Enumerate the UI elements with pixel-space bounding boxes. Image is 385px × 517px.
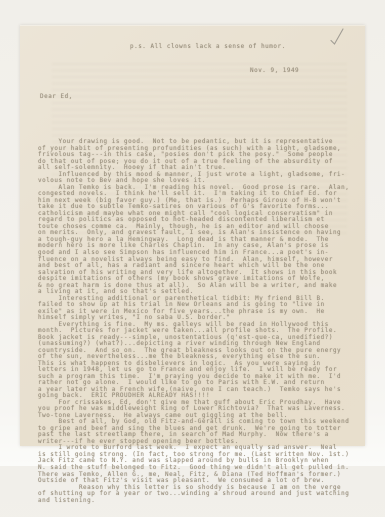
letter-page: p.s. All clowns lack a sense of humor. N… bbox=[20, 25, 365, 446]
date-line: Nov. 9, 1949 bbox=[250, 68, 359, 75]
letter-line: month. Pictures for jacket were taken...… bbox=[38, 328, 359, 335]
letter-line: take it due to subtle Temko-satires on v… bbox=[38, 204, 359, 211]
letter-line: regard to politics as opposed to hot-hea… bbox=[38, 217, 359, 224]
letter-line: (unassuming?) (what?)...depicting a rive… bbox=[38, 341, 359, 348]
letter-body: p.s. All clowns lack a sense of humor. N… bbox=[38, 31, 359, 442]
letter-line: I wrote to Burford last week. I expect a… bbox=[38, 445, 359, 452]
letter-line: despite imitations of others (my book sh… bbox=[38, 276, 359, 283]
letter-line: congested novels. I think he'll sell it.… bbox=[38, 191, 359, 198]
letter-line: Your drawing is good. Not to be pedantic… bbox=[38, 139, 359, 146]
letter-line: frivolous tag---in this case, "posies do… bbox=[38, 152, 359, 159]
letter-line: you proof he was middleweight king of Lo… bbox=[38, 406, 359, 413]
letter-line: failed to show up at his trial in New Or… bbox=[38, 302, 359, 309]
letter-paragraphs: Your drawing is good. Not to be pedantic… bbox=[38, 120, 359, 466]
letter-line: and best of all, has a radiant and since… bbox=[38, 263, 359, 270]
letter-line: letters in 1948, let us go to France and… bbox=[38, 367, 359, 374]
letter-line: past the last streetlamp there, in searc… bbox=[38, 432, 359, 439]
postscript-line: p.s. All clowns lack a sense of humor. bbox=[130, 44, 359, 51]
letter-line: Best of all, by God, old Fitz-and-Gerall… bbox=[38, 419, 359, 426]
salutation: Dear Ed, bbox=[40, 94, 359, 101]
letter-line: good and I also see Simpson has influenc… bbox=[38, 250, 359, 257]
letter-line: on merits. Only, and gravest fault, I se… bbox=[38, 230, 359, 237]
letter-line: rather not go alone. I would like to go … bbox=[38, 380, 359, 387]
letter-line: of the sun, nevertheless...me the bleakn… bbox=[38, 354, 359, 361]
